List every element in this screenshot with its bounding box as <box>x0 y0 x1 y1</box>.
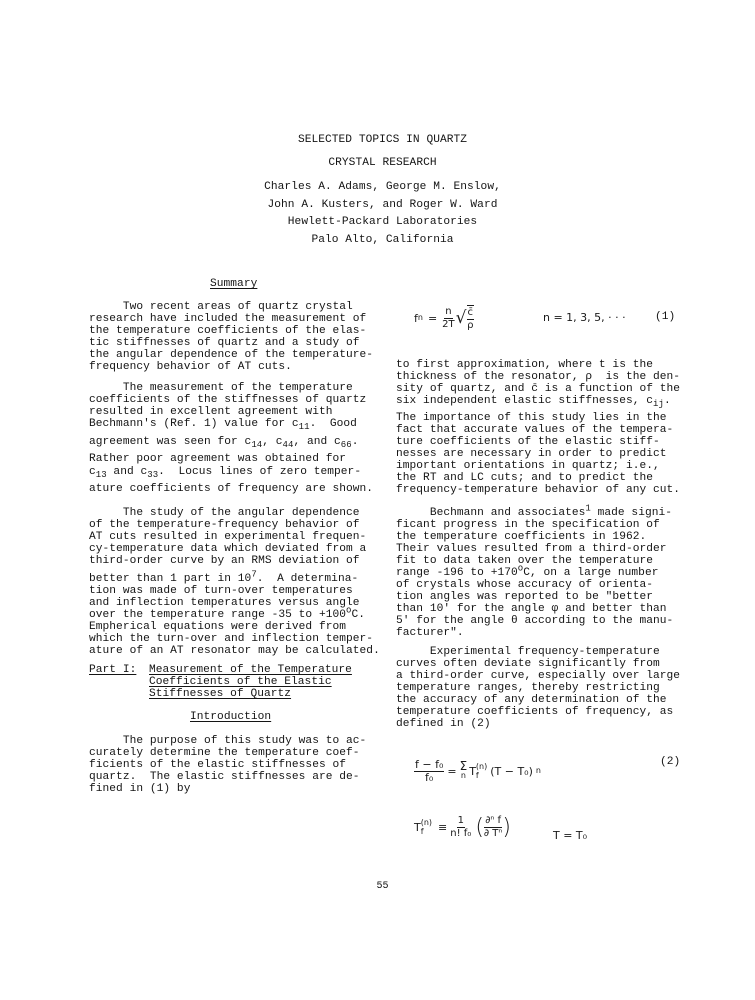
text-line: defined in (2) <box>396 718 491 730</box>
text-line: tion was made of turn-over temperatures <box>89 585 353 597</box>
text-line: The purpose of this study was to ac- <box>89 735 366 747</box>
equation-1-label: (1) <box>655 311 675 323</box>
text-line: better than 1 part in 107. A determina- <box>89 573 358 585</box>
text-line: curately determine the temperature coef- <box>89 747 360 759</box>
summary-heading: Summary <box>210 278 257 290</box>
equation-2-label: (2) <box>660 756 680 768</box>
authors-line-2: John A. Kusters, and Roger W. Ward <box>0 199 755 211</box>
text-line: Two recent areas of quartz crystal <box>89 301 353 313</box>
text-line: agreement was seen for c14, c44, and c66… <box>89 436 358 448</box>
text-line: to first approximation, where t is the <box>396 359 653 371</box>
text-line: cy-temperature data which deviated from … <box>89 543 366 555</box>
equation-evaluation-point: T = T₀ <box>553 830 587 842</box>
text-line: fit to data taken over the temperature <box>396 555 653 567</box>
text-line: Empherical equations were derived from <box>89 621 346 633</box>
text-line: tic stiffnesses of quartz and a study of <box>89 337 360 349</box>
text-line: and inflection temperatures versus angle <box>89 597 360 609</box>
text-line: ature coefficients of frequency are show… <box>89 483 373 495</box>
text-line: nesses are necessary in order to predict <box>396 448 667 460</box>
text-line: of the temperature-frequency behavior of <box>89 519 360 531</box>
text-line: Bechmann and associates1 made signi- <box>396 507 672 519</box>
text-line: ficients of the elastic stiffnesses of <box>89 759 346 771</box>
text-line: which the turn-over and inflection tempe… <box>89 633 373 645</box>
text-line: the accuracy of any determination of the <box>396 694 667 706</box>
text-line: sity of quartz, and c̄ is a function of … <box>396 383 680 395</box>
text-line: temperature coefficients of frequency, a… <box>396 706 673 718</box>
text-line: of crystals whose accuracy of orienta- <box>396 579 653 591</box>
text-line: The importance of this study lies in the <box>396 412 667 424</box>
text-line: tion angles was reported to be "better <box>396 591 653 603</box>
text-line: the temperature coefficients in 1962. <box>396 531 646 543</box>
text-line: fined in (1) by <box>89 783 190 795</box>
text-line: curves often deviate significantly from <box>396 658 660 670</box>
text-line: research have included the measurement o… <box>89 313 366 325</box>
text-line: third-order curve by an RMS deviation of <box>89 555 360 567</box>
text-line: the RT and LC cuts; and to predict the <box>396 472 653 484</box>
part-label: Part I: <box>89 664 136 676</box>
text-line: quartz. The elastic stiffnesses are de- <box>89 771 360 783</box>
text-line: the temperature coefficients of the elas… <box>89 325 366 337</box>
text-line: c13 and c33. Locus lines of zero temper- <box>89 466 361 478</box>
text-line: important orientations in quartz; i.e., <box>396 460 660 472</box>
equation-2: f − f₀f₀ = Σn T (n)f (T − T₀) n <box>414 754 541 788</box>
affiliation: Hewlett-Packard Laboratories <box>0 216 755 228</box>
text-line: The study of the angular dependence <box>89 507 360 519</box>
part-title-line: Coefficients of the Elastic <box>149 676 332 688</box>
authors-line-1: Charles A. Adams, George M. Enslow, <box>0 181 755 193</box>
text-line: Their values resulted from a third-order <box>396 543 667 555</box>
text-line: a third-order curve, especially over lar… <box>396 670 680 682</box>
text-line: range -196 to +170oC, on a large number <box>396 567 658 579</box>
text-line: frequency-temperature behavior of any cu… <box>396 484 680 496</box>
text-line: The measurement of the temperature <box>89 382 353 394</box>
text-line: the angular dependence of the temperatur… <box>89 349 373 361</box>
paper-title-line-1: SELECTED TOPICS IN QUARTZ <box>0 134 755 146</box>
text-line: Experimental frequency-temperature <box>396 646 660 658</box>
equation-1: fn = n2T √ c̄ρ <box>414 302 474 334</box>
text-line: ficant progress in the specification of <box>396 519 660 531</box>
text-line: facturer". <box>396 627 464 639</box>
text-line: AT cuts resulted in experimental frequen… <box>89 531 366 543</box>
text-line: resulted in excellent agreement with <box>89 406 333 418</box>
text-line: Bechmann's (Ref. 1) value for c11. Good <box>89 418 357 430</box>
text-line: temperature ranges, thereby restricting <box>396 682 660 694</box>
text-line: than 10' for the angle φ and better than <box>396 603 667 615</box>
text-line: frequency behavior of AT cuts. <box>89 361 292 373</box>
introduction-heading: Introduction <box>190 711 271 723</box>
text-line: ature of an AT resonator may be calculat… <box>89 645 380 657</box>
equation-1-condition: n = 1, 3, 5, · · · <box>543 312 626 324</box>
text-line: Rather poor agreement was obtained for <box>89 453 346 465</box>
page-number: 55 <box>0 881 755 893</box>
part-title-line: Measurement of the Temperature <box>149 664 352 676</box>
text-line: fact that accurate values of the tempera… <box>396 424 673 436</box>
text-line: 5' for the angle θ according to the manu… <box>396 615 673 627</box>
paper-title-line-2: CRYSTAL RESEARCH <box>0 157 755 169</box>
location: Palo Alto, California <box>0 234 755 246</box>
equation-temperature-coefficient: T (n)f ≡ 1n! f₀ ( ∂ⁿ f∂ Tⁿ ) <box>414 810 511 844</box>
part-title-line: Stiffnesses of Quartz <box>149 688 291 700</box>
text-line: thickness of the resonator, ρ is the den… <box>396 371 680 383</box>
text-line: ture coefficients of the elastic stiff- <box>396 436 660 448</box>
text-line: over the temperature range -35 to +100oC… <box>89 609 365 621</box>
text-line: coefficients of the stiffnesses of quart… <box>89 394 366 406</box>
text-line: six independent elastic stiffnesses, cij… <box>396 395 671 407</box>
